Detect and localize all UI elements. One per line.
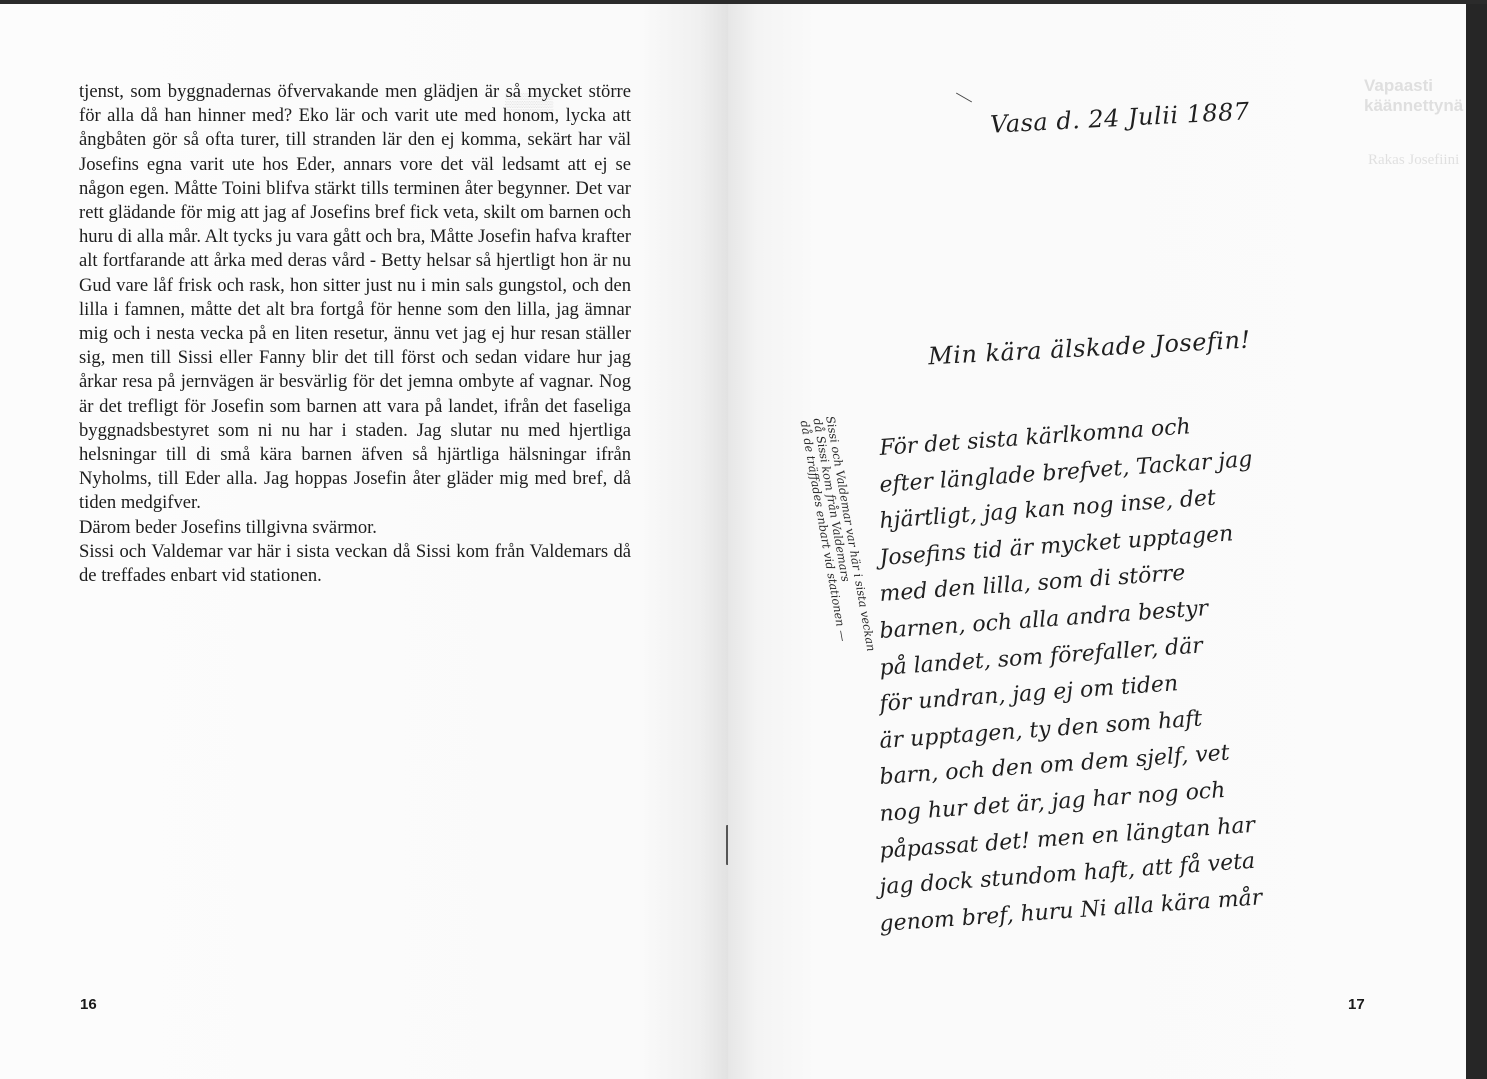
letter-transcription: tjenst, som byggnadernas öfvervakande me…: [79, 80, 631, 588]
bleed-through-heading: Vapaasti käännettynä: [1364, 76, 1466, 116]
page-number-right: 17: [1348, 996, 1365, 1013]
bleed-through-greeting: Rakas Josefiini: [1368, 152, 1459, 169]
page-number-left: 16: [80, 996, 97, 1013]
paragraph: tjenst, som byggnadernas öfvervakande me…: [79, 80, 631, 516]
paragraph: Därom beder Josefins tillgivna svärmor.: [79, 516, 631, 540]
paragraph: Sissi och Valdemar var här i sista vecka…: [79, 540, 631, 588]
scanner-edge: [1466, 4, 1487, 1079]
letter-handwritten-body: För det sista kärlkomna och efter längla…: [880, 436, 1320, 948]
